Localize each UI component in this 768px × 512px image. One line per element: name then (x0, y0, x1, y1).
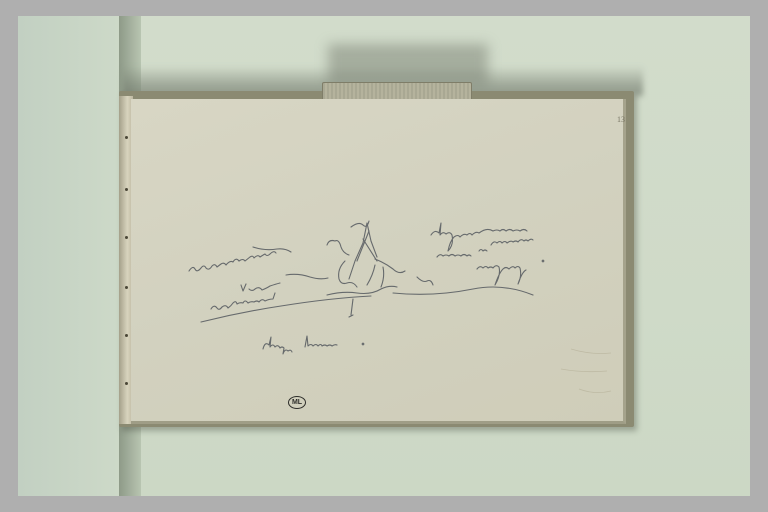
museum-stamp: ML (288, 396, 306, 409)
background-panel-left (18, 16, 119, 496)
sketch-page: 13 (131, 99, 626, 424)
sketchbook: 13 (119, 91, 634, 427)
pencil-sketch (131, 99, 623, 421)
stitch (125, 334, 128, 337)
stitch (125, 188, 128, 191)
stitch (125, 286, 128, 289)
stitch (125, 382, 128, 385)
stitch (125, 136, 128, 139)
photograph: 13 (18, 16, 750, 496)
stitch (125, 236, 128, 239)
